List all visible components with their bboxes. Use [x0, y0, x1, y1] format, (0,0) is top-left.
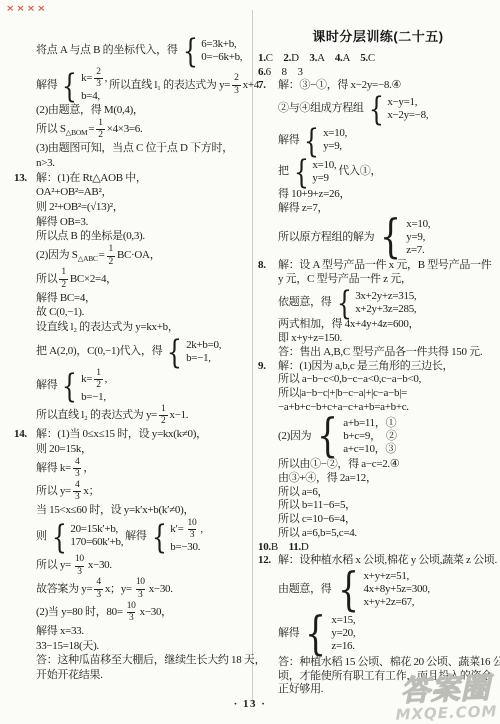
subscript: △BOM — [66, 129, 88, 137]
section-title: 课时分层训练(二十五) — [258, 26, 498, 45]
text-run: y=9, — [323, 140, 342, 153]
system-row: y=9 — [312, 172, 336, 185]
system-brace: { — [294, 156, 309, 187]
text-run: 解得 — [36, 379, 57, 392]
system-brace: { — [62, 370, 77, 401]
fraction-numerator: 10 — [186, 519, 199, 530]
right-column: 课时分层训练(二十五) 1. C 2. D 3. A 4. A 5. C6. 6… — [258, 26, 498, 697]
system-row: x=10, — [323, 127, 347, 140]
system-body: a+b=11，①b+c=9， ②a+c=10，③ — [343, 417, 396, 456]
system-row: k=23, — [81, 68, 107, 90]
solution-line: 6. 6 8 3 — [258, 66, 498, 79]
system-body: x−y=1,x−2y=−8, — [387, 96, 428, 122]
text-run: D — [301, 541, 309, 554]
fraction-numerator: 4 — [73, 458, 81, 469]
text-run: 10. — [258, 541, 271, 554]
solution-line: 1. C 2. D 3. A 4. A 5. C — [258, 52, 498, 65]
text-run: 3x+2y+z=315, — [355, 290, 416, 303]
text-run: 0=−6k+b, — [201, 51, 242, 64]
solution-line: 解得{k=23,b=4,所以直线 l₁ 的表达式为 y=23x+4. — [36, 68, 254, 103]
solution-line: 则{20=15k′+b,170=60k′+b,解得{k′=103,b=−30. — [36, 519, 254, 554]
text-run: 所以 S — [36, 123, 66, 136]
text-run: x−1. — [170, 409, 189, 422]
fraction-denominator: 3 — [232, 85, 240, 97]
text-run: 则 — [36, 530, 47, 543]
solution-line: 所以 b=11−6=5， — [278, 499, 498, 512]
text-run: 解得 z=7， — [278, 202, 328, 215]
solution-line: 所以由①−②，得 a−c=2.④ — [278, 458, 498, 471]
equation-system: {6=3k+b,0=−6k+b, — [180, 35, 243, 66]
text-run: 170=60k′+b, — [70, 536, 123, 549]
text-run: C — [266, 52, 284, 65]
system-row: y=9, — [323, 140, 347, 153]
system-brace: { — [336, 287, 351, 318]
text-run: B — [271, 541, 289, 554]
solution-line: 14.解：(1)当 0≤x≤15 时，设 y=kx(k≠0)， — [36, 428, 254, 441]
text-run: 所以原方程组的解为 — [278, 231, 374, 244]
fraction-denominator: 2 — [159, 415, 167, 427]
text-run: −a+b+c−b+c+a−c+a+b=a+b+c. — [278, 401, 409, 414]
text-run: 所以 c=10−6=4， — [278, 513, 356, 526]
system-brace: { — [304, 125, 319, 156]
text-run: 所以直线 l₂ 的表达式为 y= — [36, 409, 157, 422]
text-run: ， — [83, 462, 94, 475]
fraction-numerator: 10 — [73, 555, 86, 566]
text-run: (3)由题图可知，当点 C 位于点 D 下方时， — [36, 142, 233, 155]
system-row: 170=60k′+b, — [70, 536, 123, 549]
equation-system: {k=23,b=4, — [59, 68, 107, 103]
left-column: 将点 A 与点 B 的坐标代入，得{6=3k+b,0=−6k+b,解得{k=23… — [14, 34, 254, 684]
fraction: 43 — [73, 458, 81, 480]
fraction-denominator: 3 — [188, 529, 196, 541]
text-run: 4x+8y+5z=300, — [363, 583, 429, 596]
solution-line: 设直线 l₂ 的表达式为 y=kx+b， — [36, 321, 254, 334]
text-run: 1. — [258, 52, 266, 65]
fraction: 23 — [232, 74, 240, 96]
text-run: 解得 k= — [36, 462, 71, 475]
fraction-denominator: 3 — [73, 468, 81, 480]
item-number: 12. — [258, 554, 278, 567]
text-run: x+y+2z=67, — [363, 596, 414, 609]
text-run: 设直线 l₂ 的表达式为 y=kx+b， — [36, 321, 179, 334]
text-run: C — [368, 52, 375, 65]
text-run: 所以 a−b−c<0,b−c−a<0,c−a−b<0, — [278, 373, 421, 386]
fraction: 43 — [94, 578, 102, 600]
fraction-denominator: 3 — [75, 566, 83, 578]
fraction: 12 — [159, 405, 167, 427]
system-row: b=−1, — [186, 352, 221, 365]
solution-line: (3)由题图可知，当点 C 位于点 D 下方时， — [36, 142, 254, 155]
solution-line: 则 20=15k， — [36, 443, 254, 456]
system-brace: { — [52, 521, 67, 552]
solution-line: 所以 a−b−c<0,b−c−a<0,c−a−b<0, — [278, 373, 498, 386]
text-run: 开始开花结果. — [36, 669, 103, 682]
text-run: 所以点 B 的坐标是(0,3). — [36, 230, 145, 243]
solution-line: 解得 k=43， — [36, 458, 254, 480]
fraction: 103 — [134, 578, 147, 600]
system-row: a+c=10，③ — [343, 443, 396, 456]
text-run: x=10, — [312, 159, 336, 172]
text-run: (2)因为 — [278, 430, 311, 443]
solution-line: 所以 a=6， — [278, 486, 498, 499]
equation-system: {x=10,y=9 — [291, 156, 337, 187]
text-run: 正好够用. — [278, 683, 323, 696]
solution-line: (2)因为{a+b=11，①b+c=9， ②a+c=10，③ — [278, 414, 498, 458]
item-number: 8. — [258, 259, 278, 272]
text-run: x； — [83, 485, 99, 498]
fraction-denominator: 2 — [94, 379, 102, 391]
text-run: 33−15=18(天). — [36, 640, 99, 653]
solution-line: 把 A(2,0)，C(0,−1)代入，得{2k+b=0,b=−1, — [36, 336, 254, 367]
text-run: x+2y+3z=285, — [355, 303, 416, 316]
text-run: OA²+OB²=AB²， — [36, 186, 112, 199]
text-run: , — [200, 523, 202, 536]
system-row: b=−30. — [170, 541, 203, 554]
system-row: z=7. — [406, 244, 430, 257]
item-number: 14. — [14, 428, 36, 441]
text-run: k= — [81, 72, 92, 85]
watermark-logo: 答案圈 — [394, 673, 497, 706]
equation-system: {x−y=1,x−2y=−8, — [366, 93, 429, 124]
text-run: 所以由①−②，得 a−c=2.④ — [278, 458, 399, 471]
system-brace: { — [151, 521, 166, 552]
fraction-numerator: 10 — [125, 602, 138, 613]
text-run: k′= — [170, 523, 183, 536]
text-run: BC×2=4， — [70, 273, 117, 286]
solution-line: 开始开花结果. — [36, 669, 254, 682]
text-run: = — [99, 249, 105, 262]
equation-system: {3x+2y+z=315,x+2y+3z=285, — [334, 287, 417, 318]
text-run: x−30. — [88, 559, 112, 572]
right-column-lines: 1. C 2. D 3. A 4. A 5. C6. 6 8 37.解：③−①，… — [278, 52, 498, 697]
system-row: b=4, — [81, 90, 107, 103]
text-run: 由题意，得 — [278, 583, 332, 596]
system-row: k=12, — [81, 369, 107, 391]
fraction: 103 — [186, 519, 199, 541]
system-row: x=10, — [312, 159, 336, 172]
system-brace: { — [338, 568, 359, 612]
system-row: 20=15k′+b, — [70, 523, 123, 536]
text-run: 故 C(0,−1). — [36, 306, 84, 319]
system-body: 6=3k+b,0=−6k+b, — [201, 38, 242, 64]
system-row: 2k+b=0, — [186, 339, 221, 352]
system-row: x=10, — [406, 218, 430, 231]
system-row: 4x+8y+5z=300, — [363, 583, 429, 596]
text-run: 解得 BC=4， — [36, 292, 96, 305]
text-run: 6 8 3 — [266, 66, 303, 79]
solution-line: 则 2²+OB²=(√13)²， — [36, 201, 254, 214]
text-run: x−30， — [140, 606, 172, 619]
fraction: 103 — [73, 555, 86, 577]
equation-system: {x=10,y=9,z=7. — [376, 215, 430, 259]
text-run: 得 10+9+z=26， — [278, 188, 350, 201]
watermark-url: MXQE.COM — [395, 702, 497, 724]
solution-line: 所以|a−b−c|+|b−c−a|+|c−a−b|= — [278, 387, 498, 400]
item-number: 7. — [258, 79, 278, 92]
text-run: 3. — [309, 52, 317, 65]
equation-system: {20=15k′+b,170=60k′+b, — [49, 521, 123, 552]
text-run: 即 x+y+z=150. — [278, 332, 342, 345]
fraction-denominator: 3 — [136, 589, 144, 601]
system-row: 6=3k+b, — [201, 38, 242, 51]
fraction: 12 — [107, 245, 115, 267]
text-run: 解得 — [278, 627, 299, 640]
text-run: b=4, — [81, 90, 100, 103]
solution-line: (2)因为 S△ABC=12BC·OA， — [36, 245, 254, 267]
system-row: 0=−6k+b, — [201, 51, 242, 64]
text-run: y=20, — [331, 627, 355, 640]
solution-line: 所以直线 l₂ 的表达式为 y=12x−1. — [36, 405, 254, 427]
text-run: x−2y=−8, — [387, 109, 428, 122]
solution-line: 答：售出 A,B,C 型号产品各一件共得 150 元. — [278, 346, 498, 359]
watermark: 答案圈 MXQE.COM — [394, 673, 497, 724]
text-run: , — [105, 373, 107, 386]
solution-line: 9.解：(1)因为 a,b,c 是三角形的三边长， — [278, 360, 498, 373]
text-run: n>3. — [36, 157, 55, 170]
solution-line: y 元，C 型号产品一件 z 元， — [278, 273, 498, 286]
system-brace: { — [62, 70, 77, 101]
text-run: 所以直线 l₁ 的表达式为 y= — [109, 79, 230, 92]
solution-line: 7.解：③−①，得 x−2y=−8.④ — [278, 79, 498, 92]
solution-line: 故 C(0,−1). — [36, 306, 254, 319]
text-run: b=−1, — [81, 391, 106, 404]
system-body: 2k+b=0,b=−1, — [186, 339, 221, 365]
text-run: 则 2²+OB²=(√13)²， — [36, 201, 123, 214]
fraction-numerator: 1 — [59, 268, 67, 279]
fraction-denominator: 2 — [107, 256, 115, 268]
system-body: x=15,y=20,z=16. — [331, 614, 355, 653]
text-run: = — [88, 123, 94, 136]
red-pen-marks: ×××× — [6, 4, 48, 14]
text-run: 答：售出 A,B,C 型号产品各一件共得 150 元. — [278, 346, 482, 359]
system-body: k=12,b=−1, — [81, 369, 107, 404]
system-brace: { — [317, 414, 338, 458]
item-number: 9. — [258, 360, 278, 373]
text-run: 解：设种植水稻 x 公顷,棉花 y 公顷,蔬菜 z 公顷. — [278, 554, 497, 567]
system-body: 20=15k′+b,170=60k′+b, — [70, 523, 123, 549]
fraction: 12 — [94, 369, 102, 391]
fraction: 43 — [73, 481, 81, 503]
text-run: x；y= — [105, 583, 132, 596]
text-run: 答：这种瓜苗移至大棚后，继续生长大约 18 天， — [36, 654, 265, 667]
text-run: b=−30. — [170, 541, 200, 554]
text-run: 由③+④，得 2a=12， — [278, 472, 377, 485]
system-brace: { — [167, 336, 182, 367]
text-run: BC·OA， — [117, 249, 160, 262]
equation-system: {x+y+z=51,4x+8y+5z=300,x+y+2z=67, — [334, 568, 430, 612]
solution-line: 得 10+9+z=26， — [278, 188, 498, 201]
solution-line: 所以点 B 的坐标是(0,3). — [36, 230, 254, 243]
solution-line: 解得{k=12,b=−1, — [36, 369, 254, 404]
fraction-numerator: 2 — [94, 68, 102, 79]
text-run: 11. — [289, 541, 301, 554]
system-row: x+y+2z=67, — [363, 596, 429, 609]
solution-line: 所以 c=10−6=4， — [278, 513, 498, 526]
system-row: y=9, — [406, 231, 430, 244]
text-run: 把 — [278, 165, 289, 178]
text-run: (2)当 y=80 时，80= — [36, 606, 123, 619]
solution-line: 由③+④，得 2a=12， — [278, 472, 498, 485]
text-run: 则 20=15k， — [36, 443, 92, 456]
text-run: 2k+b=0, — [186, 339, 221, 352]
solution-line: 解得{x=10,y=9, — [278, 125, 498, 156]
solution-line: 33−15=18(天). — [36, 640, 254, 653]
text-run: x−y=1, — [387, 96, 417, 109]
text-run: k= — [81, 373, 92, 386]
system-row: b+c=9， ② — [343, 430, 396, 443]
text-run: 所以 a=6， — [278, 486, 328, 499]
text-run: (2)由题意，得 M(0,4)， — [36, 104, 144, 117]
fraction-denominator: 3 — [94, 589, 102, 601]
text-run: (2)因为 S — [36, 249, 78, 262]
text-run: 所以 b=11−6=5， — [278, 499, 356, 512]
equation-system: {x=10,y=9, — [301, 125, 347, 156]
solution-line: ②与④组成方程组{x−y=1,x−2y=−8, — [278, 93, 498, 124]
solution-line: 12.解：设种植水稻 x 公顷,棉花 y 公顷,蔬菜 z 公顷. — [278, 554, 498, 567]
text-run: ×4×3=6. — [107, 123, 143, 136]
text-run: 5. — [360, 52, 368, 65]
fraction-numerator: 10 — [134, 578, 147, 589]
fraction: 12 — [96, 119, 104, 141]
fraction: 12 — [59, 268, 67, 290]
text-run: x+y+z=51, — [363, 570, 409, 583]
system-body: k=23,b=4, — [81, 68, 107, 103]
solution-line: 13.解：(1)在 Rt△AOB 中， — [36, 172, 254, 185]
solution-line: 所以 S△BOM=12×4×3=6. — [36, 119, 254, 141]
solution-line: 故答案为 y=43x；y=103x−30. — [36, 578, 254, 600]
fraction-numerator: 1 — [159, 405, 167, 416]
text-run: A — [342, 52, 360, 65]
equation-system: {a+b=11，①b+c=9， ②a+c=10，③ — [313, 414, 396, 458]
text-run: 解得 — [125, 530, 146, 543]
fraction-numerator: 1 — [96, 119, 104, 130]
solution-line: OA²+OB²=AB²， — [36, 186, 254, 199]
text-run: y=9 — [312, 172, 328, 185]
text-run: 解得 — [36, 79, 57, 92]
answer-page: ×××× 将点 A 与点 B 的坐标代入，得{6=3k+b,0=−6k+b,解得… — [0, 0, 500, 724]
item-number: 13. — [14, 172, 36, 185]
fraction-numerator: 1 — [107, 245, 115, 256]
equation-system: {x=15,y=20,z=16. — [301, 612, 355, 656]
system-row: b=−1, — [81, 391, 107, 404]
solution-line: 答：这种瓜苗移至大棚后，继续生长大约 18 天， — [36, 654, 254, 667]
text-run: x=10, — [323, 127, 347, 140]
system-brace: { — [305, 612, 326, 656]
text-run: y=9, — [406, 231, 425, 244]
system-row: x−2y=−8, — [387, 109, 428, 122]
system-body: x=10,y=9 — [312, 159, 336, 185]
solution-line: 所以 y=43x； — [36, 481, 254, 503]
solution-line: 两式相加，得 4x+4y+4z=600， — [278, 318, 498, 331]
text-run: 解：(1)在 Rt△AOB 中， — [36, 172, 147, 185]
system-row: x=15, — [331, 614, 355, 627]
system-body: 3x+2y+z=315,x+2y+3z=285, — [355, 290, 416, 316]
text-run: , — [105, 72, 107, 85]
system-row: y=20, — [331, 627, 355, 640]
system-row: x+y+z=51, — [363, 570, 429, 583]
solution-line: 所以原方程组的解为{x=10,y=9,z=7. — [278, 215, 498, 259]
fraction: 103 — [125, 602, 138, 624]
text-run: D — [291, 52, 309, 65]
text-run: 所以 y= — [36, 485, 71, 498]
solution-line: n>3. — [36, 157, 254, 170]
text-run: 4. — [335, 52, 343, 65]
text-run: 所以|a−b−c|+|b−c−a|+|c−a−b|= — [278, 387, 407, 400]
equation-system: {k=12,b=−1, — [59, 369, 107, 404]
system-brace: { — [182, 35, 197, 66]
fraction-numerator: 1 — [94, 369, 102, 380]
solution-line: 10. B 11. D — [258, 541, 498, 554]
text-run: 6. — [258, 66, 266, 79]
text-run: z=7. — [406, 244, 424, 257]
solution-line: 所以 a=6,b=5,c=4. — [278, 527, 498, 540]
solution-line: 解得 x=33. — [36, 625, 254, 638]
subscript: △ABC — [78, 255, 98, 263]
text-run: 解：(1)因为 a,b,c 是三角形的三边长， — [278, 360, 453, 373]
fraction-numerator: 2 — [232, 74, 240, 85]
solution-line: 即 x+y+z=150. — [278, 332, 498, 345]
fraction-denominator: 3 — [127, 612, 135, 624]
text-run: A — [317, 52, 335, 65]
system-body: x=10,y=9,z=7. — [406, 218, 430, 257]
equation-system: {2k+b=0,b=−1, — [164, 336, 221, 367]
fraction-denominator: 3 — [73, 491, 81, 503]
solution-line: 当 15<x≤60 时，设 y=k′x+b(k′≠0)， — [36, 504, 254, 517]
system-row: x−y=1, — [387, 96, 428, 109]
text-run: b=−1, — [186, 352, 211, 365]
fraction-numerator: 4 — [73, 481, 81, 492]
text-run: 6=3k+b, — [201, 38, 236, 51]
system-row: x+2y+3z=285, — [355, 303, 416, 316]
text-run: a+c=10，③ — [343, 443, 396, 456]
system-row: z=16. — [331, 640, 355, 653]
text-run: a+b=11，① — [343, 417, 396, 430]
fraction-denominator: 2 — [96, 129, 104, 141]
solution-line: (2)由题意，得 M(0,4)， — [36, 104, 254, 117]
solution-line: 所以12BC×2=4， — [36, 268, 254, 290]
solution-line: 把{x=10,y=9代入①， — [278, 156, 498, 187]
solution-line: 解得 OB=3. — [36, 216, 254, 229]
solution-line: 解得 BC=4， — [36, 292, 254, 305]
text-run: b+c=9， ② — [343, 430, 396, 443]
solution-line: −a+b+c−b+c+a−c+a+b=a+b+c. — [278, 401, 498, 414]
solution-line: (2)当 y=80 时，80=103x−30， — [36, 602, 254, 624]
solution-line: 解得{x=15,y=20,z=16. — [278, 612, 498, 656]
text-run: 当 15<x≤60 时，设 y=k′x+b(k′≠0)， — [36, 504, 194, 517]
text-run: 所以 y= — [36, 559, 71, 572]
text-run: 把 A(2,0)，C(0,−1)代入，得 — [36, 345, 162, 358]
system-body: k′=103,b=−30. — [170, 519, 203, 554]
text-run: 2. — [283, 52, 291, 65]
text-run: 解：(1)当 0≤x≤15 时，设 y=kx(k≠0)， — [36, 428, 207, 441]
text-run: 将点 A 与点 B 的坐标代入，得 — [36, 44, 178, 57]
solution-line: 所以 y=103x−30. — [36, 555, 254, 577]
text-run: 解得 x=33. — [36, 625, 84, 638]
text-run: x=15, — [331, 614, 355, 627]
text-run: x=10, — [406, 218, 430, 231]
text-run: 故答案为 y= — [36, 583, 92, 596]
text-run: 依题意，得 — [278, 296, 332, 309]
system-brace: { — [369, 93, 384, 124]
system-row: a+b=11，① — [343, 417, 396, 430]
solution-line: 将点 A 与点 B 的坐标代入，得{6=3k+b,0=−6k+b, — [36, 35, 254, 66]
system-row: 3x+2y+z=315, — [355, 290, 416, 303]
text-run: 20=15k′+b, — [70, 523, 118, 536]
text-run: 解得 OB=3. — [36, 216, 88, 229]
text-run: 所以 a=6,b=5,c=4. — [278, 527, 357, 540]
solution-line: 依题意，得{3x+2y+z=315,x+2y+3z=285, — [278, 287, 498, 318]
fraction: 23 — [94, 68, 102, 90]
